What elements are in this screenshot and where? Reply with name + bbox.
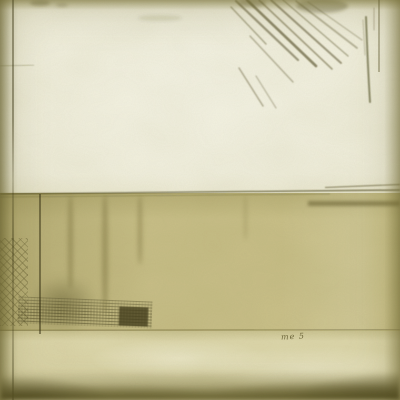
abstract-grunge-artwork: me 5 bbox=[0, 0, 400, 400]
grain-overlay bbox=[0, 0, 400, 400]
